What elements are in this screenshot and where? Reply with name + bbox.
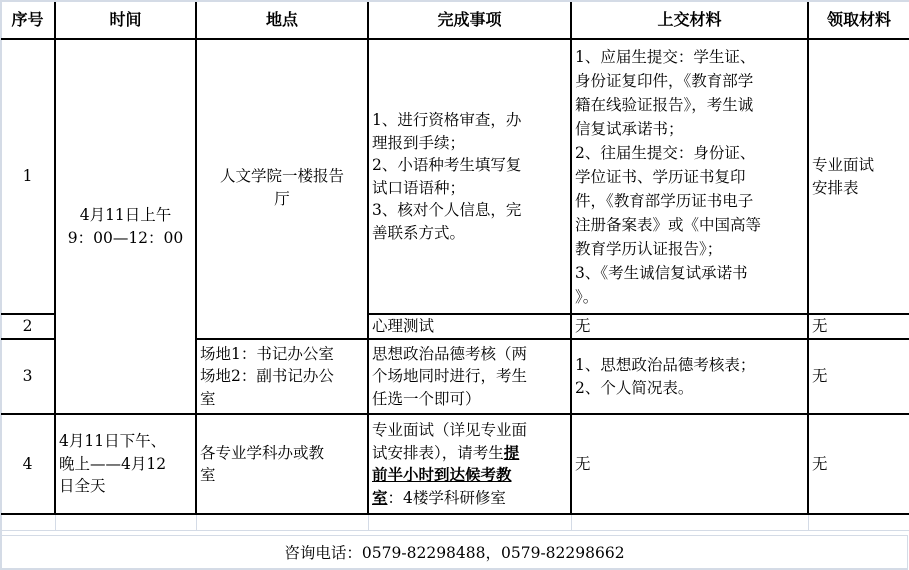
tasks-line: 任选一个即可） — [372, 388, 567, 411]
contact-phone-text: 咨询电话：0579-82298488，0579-82298662 — [284, 541, 624, 563]
empty-cell[interactable] — [55, 514, 196, 531]
cell-receive-materials[interactable]: 无 — [808, 339, 909, 414]
tasks-line: 思想政治品德考核（两 — [372, 343, 567, 366]
location-line: 室 — [200, 388, 364, 411]
cell-tasks[interactable]: 1、进行资格审查，办 理报到手续； 2、小语种考生填写复 试口语语种； 3、核对… — [368, 39, 571, 314]
submit-line: 信复试承诺书； — [575, 117, 804, 141]
seq-value: 4 — [23, 455, 33, 473]
submit-line: 身份证复印件，《教育部学 — [575, 69, 804, 93]
cell-receive-materials[interactable]: 无 — [808, 314, 909, 339]
cell-tasks[interactable]: 心理测试 — [368, 314, 571, 339]
cell-time[interactable]: 4月11日上午 9：00—12：00 — [55, 39, 196, 414]
tasks-value: 心理测试 — [372, 317, 434, 335]
tasks-line: 专业面试（详见专业面 — [372, 419, 567, 442]
receive-value: 无 — [812, 367, 828, 385]
table-row: 1 4月11日上午 9：00—12：00 人文学院一楼报告 厅 1、进行资格审查… — [1, 39, 909, 314]
tasks-text: 试安排表），请考生 — [372, 444, 504, 462]
submit-line: 3、《考生诚信复试承诺书 — [575, 261, 804, 285]
tasks-line: 试安排表），请考生提 — [372, 442, 567, 465]
empty-cell[interactable] — [571, 514, 808, 531]
submit-line: 2、个人简况表。 — [575, 377, 804, 400]
location-line: 场地2：副书记办公 — [200, 365, 364, 388]
tasks-line: 3、核对个人信息，完 — [372, 199, 567, 222]
tasks-text: ：4楼学科研修室 — [388, 489, 506, 507]
receive-line: 安排表 — [812, 177, 906, 200]
empty-cell[interactable] — [196, 514, 368, 531]
spreadsheet-sheet: 序号 时间 地点 完成事项 上交材料 领取材料 1 4月11日上午 9：00—1… — [0, 0, 909, 570]
tasks-line: 理报到手续； — [372, 132, 567, 155]
submit-line: 籍在线验证报告》，考生诚 — [575, 93, 804, 117]
cell-seq[interactable]: 1 — [1, 39, 55, 314]
header-submit-materials[interactable]: 上交材料 — [571, 2, 808, 39]
submit-line: 学位证书、学历证书复印 — [575, 165, 804, 189]
tasks-highlight: 室 — [372, 489, 388, 507]
cell-submit-materials[interactable]: 无 — [571, 314, 808, 339]
receive-line: 专业面试 — [812, 154, 906, 177]
cell-submit-materials[interactable]: 无 — [571, 414, 808, 514]
submit-line: 2、往届生提交：身份证、 — [575, 141, 804, 165]
submit-line: 教育学历认证报告》； — [575, 237, 804, 261]
tasks-highlight: 前半小时到达候考教 — [372, 464, 567, 487]
table-header-row: 序号 时间 地点 完成事项 上交材料 领取材料 — [1, 2, 909, 39]
submit-line: 1、应届生提交：学生证、 — [575, 45, 804, 69]
cell-time[interactable]: 4月11日下午、 晚上——4月12 日全天 — [55, 414, 196, 514]
tasks-line: 试口语语种； — [372, 177, 567, 200]
receive-value: 无 — [812, 455, 828, 473]
submit-line: 》。 — [575, 285, 804, 309]
header-tasks[interactable]: 完成事项 — [368, 2, 571, 39]
time-line: 4月11日下午、 — [59, 430, 192, 453]
tasks-line: 1、进行资格审查，办 — [372, 109, 567, 132]
cell-submit-materials[interactable]: 1、应届生提交：学生证、 身份证复印件，《教育部学 籍在线验证报告》，考生诚 信… — [571, 39, 808, 314]
location-line: 人文学院一楼报告 — [200, 165, 364, 188]
submit-line: 1、思想政治品德考核表； — [575, 354, 804, 377]
seq-value: 3 — [23, 367, 33, 385]
location-line: 室 — [200, 464, 364, 487]
location-line: 各专业学科办或教 — [200, 442, 364, 465]
time-line: 日全天 — [59, 475, 192, 498]
location-line: 厅 — [200, 188, 364, 211]
cell-location[interactable]: 场地1：书记办公室 场地2：副书记办公 室 — [196, 339, 368, 414]
cell-location[interactable]: 各专业学科办或教 室 — [196, 414, 368, 514]
tasks-line: 个场地同时进行，考生 — [372, 365, 567, 388]
cell-seq[interactable]: 2 — [1, 314, 55, 339]
footer-contact[interactable]: 咨询电话：0579-82298488，0579-82298662 — [2, 535, 908, 570]
tasks-line: 室：4楼学科研修室 — [372, 487, 567, 510]
table-row: 4 4月11日下午、 晚上——4月12 日全天 各专业学科办或教 室 专业面试（… — [1, 414, 909, 514]
empty-cell[interactable] — [368, 514, 571, 531]
submit-line: 件，《教育部学历证书电子 — [575, 189, 804, 213]
location-line: 场地1：书记办公室 — [200, 343, 364, 366]
submit-line: 注册备案表》或《中国高等 — [575, 213, 804, 237]
time-line: 4月11日上午 — [59, 204, 192, 227]
cell-seq[interactable]: 4 — [1, 414, 55, 514]
cell-tasks[interactable]: 专业面试（详见专业面 试安排表），请考生提 前半小时到达候考教 室：4楼学科研修… — [368, 414, 571, 514]
seq-value: 1 — [23, 167, 33, 185]
seq-value: 2 — [23, 317, 33, 335]
time-line: 9：00—12：00 — [59, 227, 192, 250]
submit-value: 无 — [575, 455, 591, 473]
header-receive-materials[interactable]: 领取材料 — [808, 2, 909, 39]
cell-location[interactable]: 人文学院一楼报告 厅 — [196, 39, 368, 339]
cell-receive-materials[interactable]: 专业面试 安排表 — [808, 39, 909, 314]
empty-row — [1, 514, 909, 531]
header-seq[interactable]: 序号 — [1, 2, 55, 39]
tasks-line: 2、小语种考生填写复 — [372, 154, 567, 177]
tasks-highlight: 提 — [504, 444, 520, 462]
empty-cell[interactable] — [808, 514, 909, 531]
cell-tasks[interactable]: 思想政治品德考核（两 个场地同时进行，考生 任选一个即可） — [368, 339, 571, 414]
cell-seq[interactable]: 3 — [1, 339, 55, 414]
empty-cell[interactable] — [1, 514, 55, 531]
cell-submit-materials[interactable]: 1、思想政治品德考核表； 2、个人简况表。 — [571, 339, 808, 414]
tasks-line: 善联系方式。 — [372, 222, 567, 245]
receive-value: 无 — [812, 317, 828, 335]
time-line: 晚上——4月12 — [59, 453, 192, 476]
header-time[interactable]: 时间 — [55, 2, 196, 39]
schedule-table: 序号 时间 地点 完成事项 上交材料 领取材料 1 4月11日上午 9：00—1… — [1, 2, 909, 531]
cell-receive-materials[interactable]: 无 — [808, 414, 909, 514]
submit-value: 无 — [575, 317, 591, 335]
header-location[interactable]: 地点 — [196, 2, 368, 39]
